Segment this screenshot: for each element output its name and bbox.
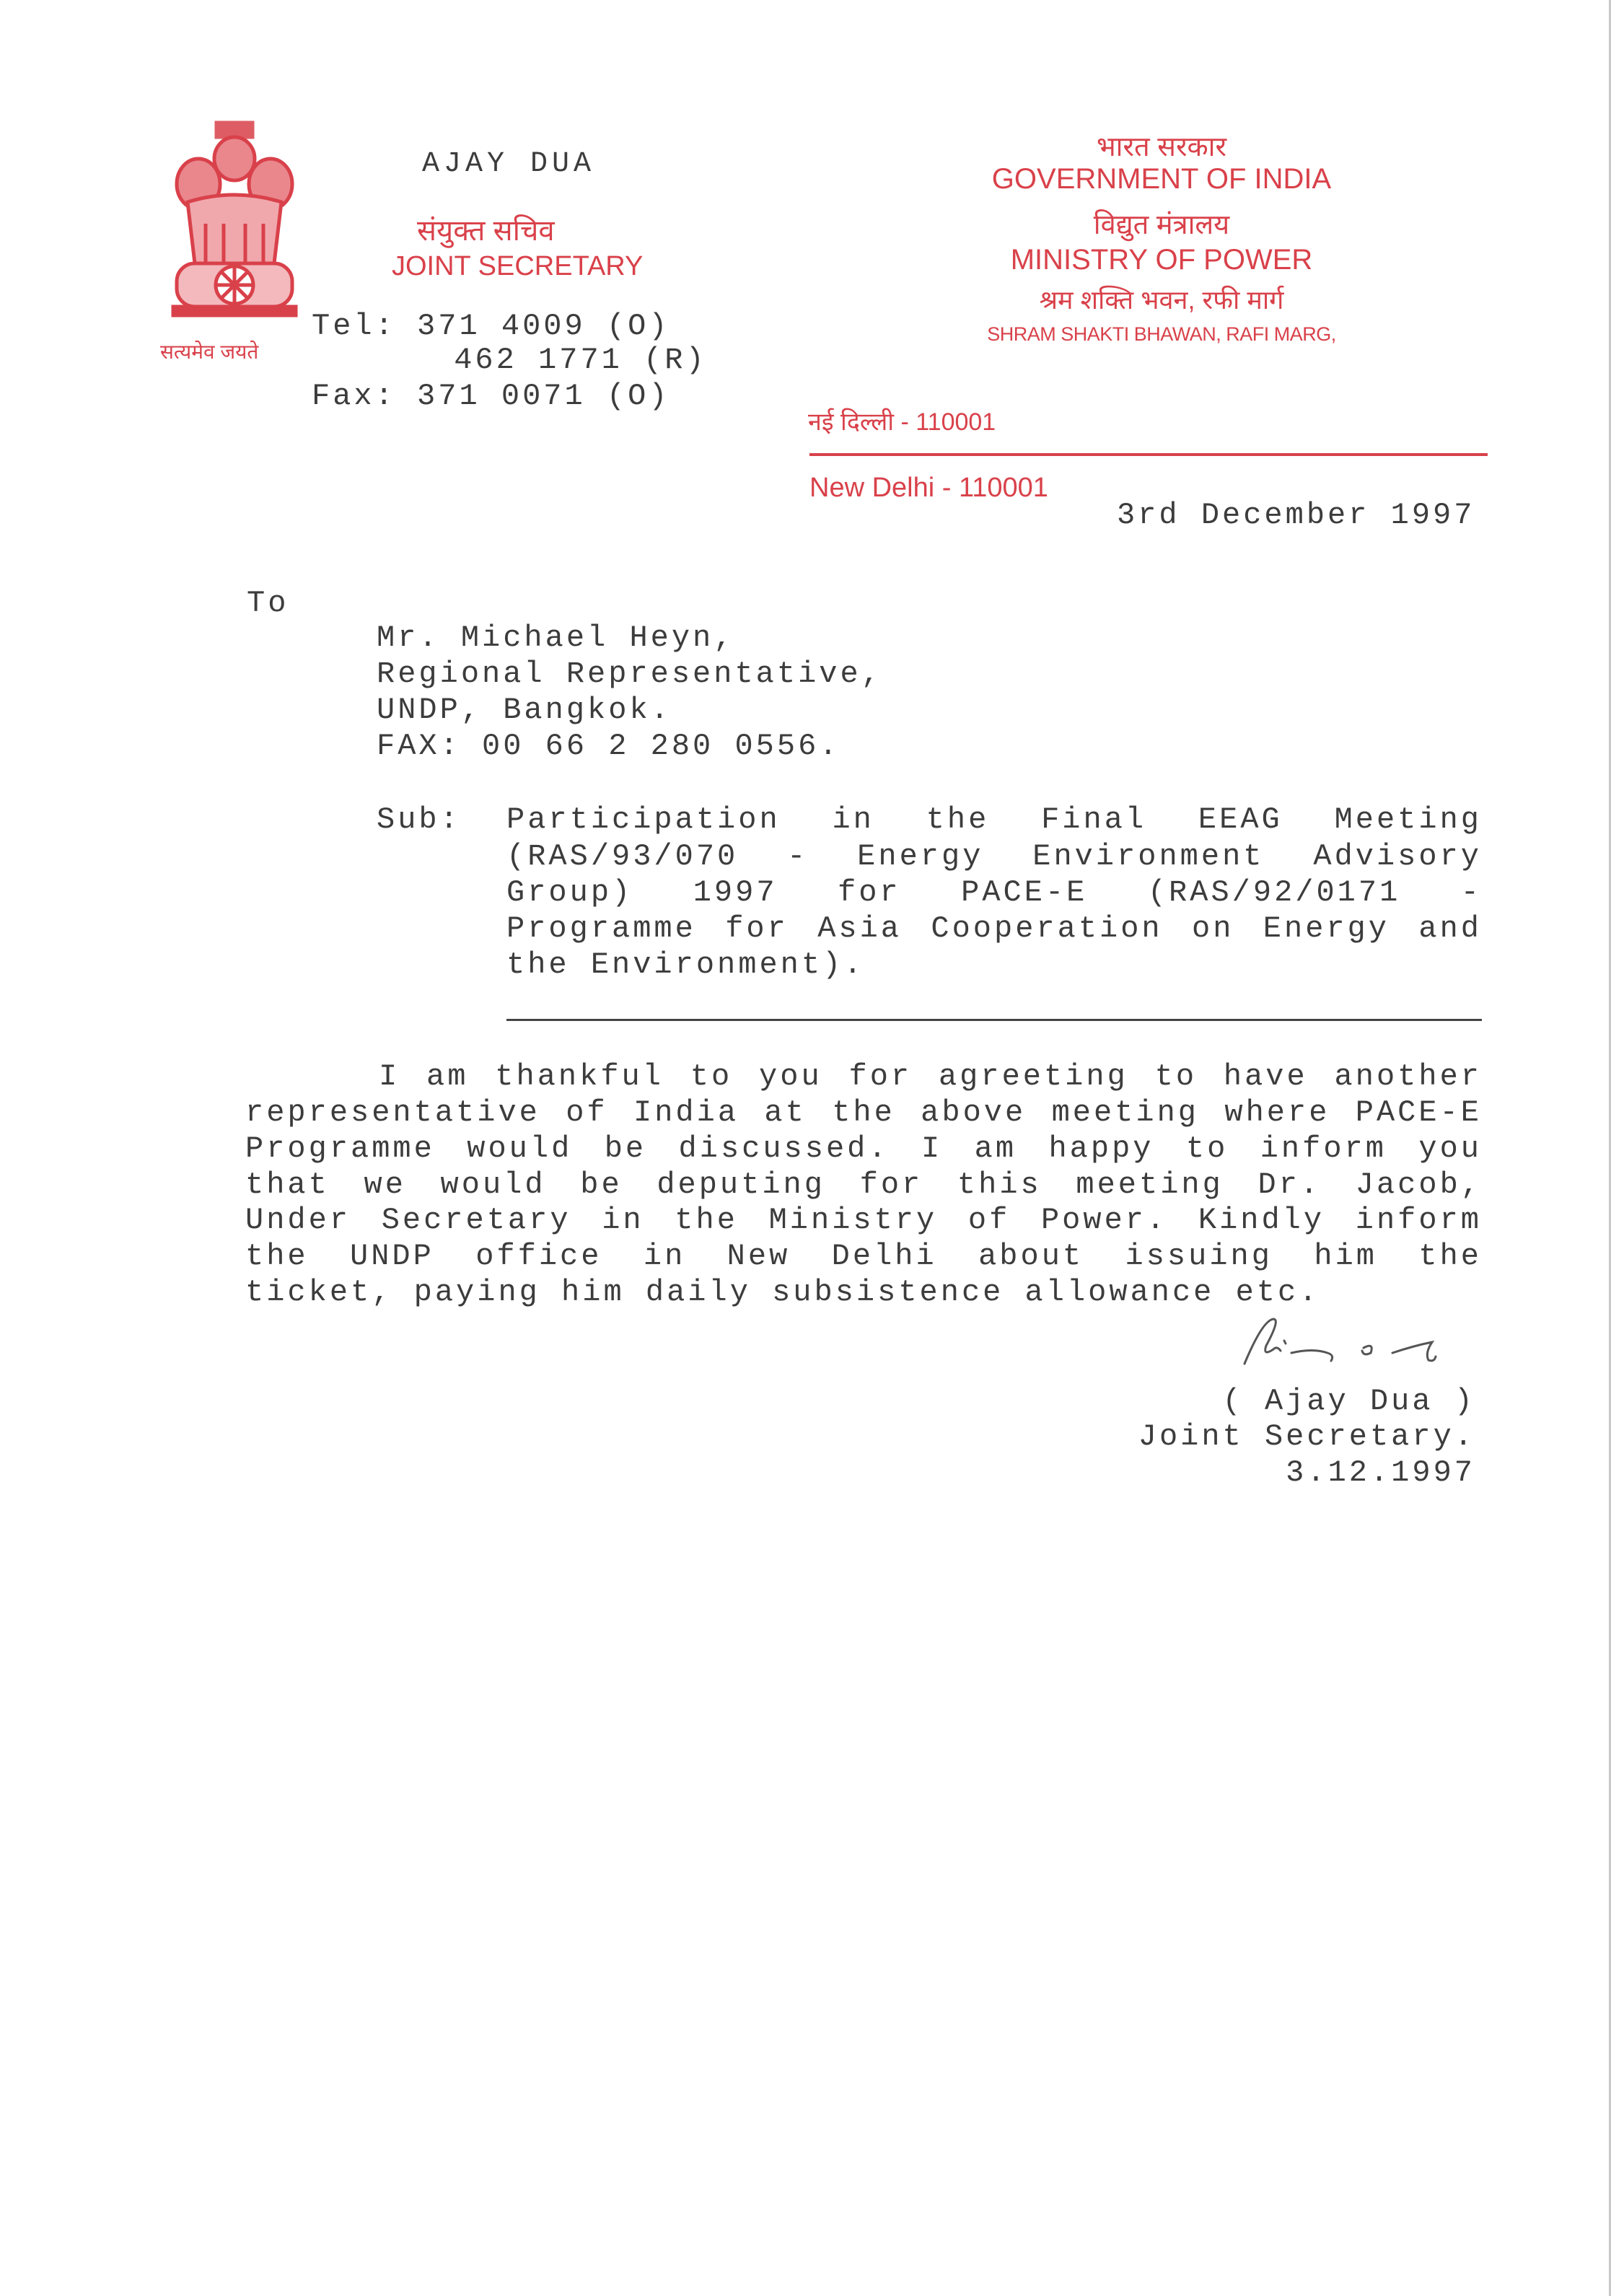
contact-value: 371 0071 (O) [417,379,670,413]
contact-value: 371 4009 (O) [417,309,670,343]
national-emblem-icon [166,115,303,332]
government-english: GOVERNMENT OF INDIA [967,163,1356,196]
body-line: ticket, paying him daily subsistence all… [245,1275,1482,1310]
subject-line: Participation in the Final EEAG Meeting [506,802,1482,837]
signatory-name: ( Ajay Dua ) [1223,1384,1475,1419]
city-hindi: नई दिल्ली - 110001 [808,404,996,437]
recipient-line: UNDP, Bangkok. [377,693,672,727]
recipient-line: FAX: 00 66 2 280 0556. [377,729,840,763]
body-line: Under Secretary in the Ministry of Power… [245,1203,1482,1237]
subject-underline [506,1019,1482,1021]
body-line: representative of India at the above mee… [245,1095,1482,1130]
body-line: Programme would be discussed. I am happy… [245,1131,1482,1166]
contact-telephone-residence: 462 1771 (R) [312,343,707,377]
contact-fax: Fax: 371 0071 (O) [312,379,670,413]
recipient-line: Mr. Michael Heyn, [377,621,734,655]
ministry-english: MINISTRY OF POWER [967,244,1356,276]
sender-name: AJAY DUA [422,148,595,180]
to-label: To [247,586,289,621]
letter-date: 3rd December 1997 [1117,498,1475,533]
address-english: SHRAM SHAKTI BHAWAN, RAFI MARG, [967,323,1356,346]
subject-label: Sub: [377,802,461,837]
handwritten-signature-icon [1241,1313,1479,1371]
subject-line: the Environment). [506,947,1482,982]
letterhead-divider [809,453,1488,456]
government-hindi: भारत सरकार [967,127,1356,165]
signature-date: 3.12.1997 [1286,1455,1475,1490]
recipient-line: Regional Representative, [377,657,882,691]
contact-value: 462 1771 (R) [454,343,706,377]
signatory-title: Joint Secretary. [1138,1419,1475,1454]
address-hindi: श्रम शक्ति भवन, रफी मार्ग [967,281,1356,317]
body-line: the UNDP office in New Delhi about issui… [245,1239,1482,1274]
body-line: I am thankful to you for agreeting to ha… [245,1059,1482,1094]
city-english: New Delhi - 110001 [809,473,1048,504]
contact-telephone-office: Tel: 371 4009 (O) [312,309,670,343]
body-line: that we would be deputing for this meeti… [245,1167,1482,1202]
emblem-motto: सत्यमेव जयते [160,338,258,365]
sender-title-english: JOINT SECRETARY [392,251,643,282]
subject-line: Group) 1997 for PACE-E (RAS/92/0171 - [506,875,1482,910]
ministry-hindi: विद्युत मंत्रालय [967,205,1356,242]
subject-line: (RAS/93/070 - Energy Environment Advisor… [506,839,1482,874]
contact-label: Tel: [312,309,396,343]
subject-line: Programme for Asia Cooperation on Energy… [506,911,1482,946]
contact-label: Fax: [312,379,396,413]
sender-title-hindi: संयुक्त सचिव [417,209,555,249]
